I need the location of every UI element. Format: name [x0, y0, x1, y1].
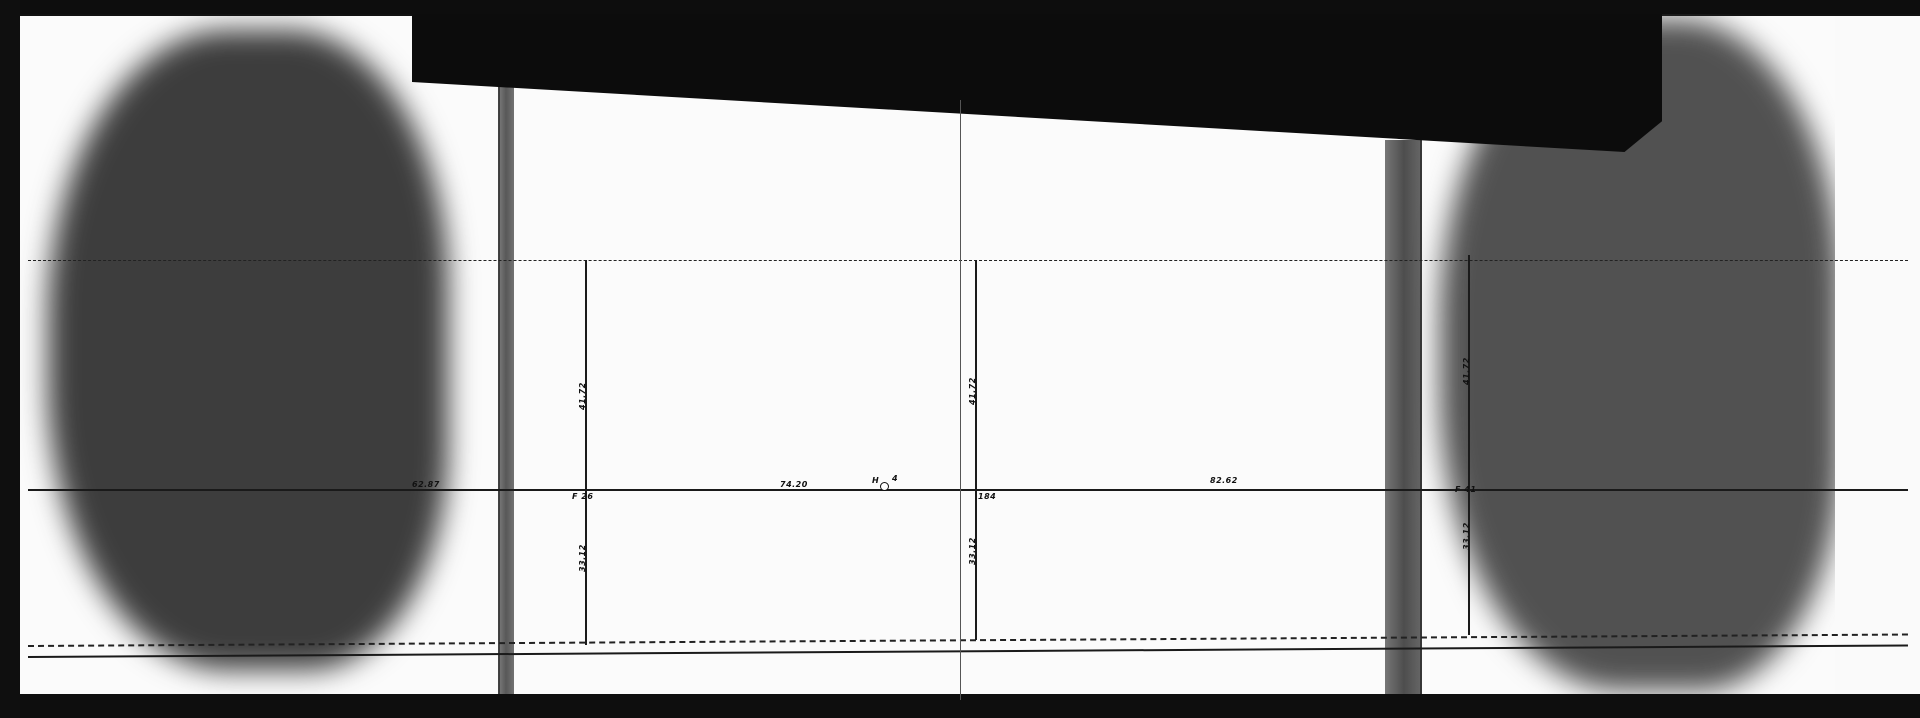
- right-lower-dimension: 33.12: [1462, 522, 1471, 550]
- monument-marker-label: H: [872, 476, 879, 485]
- monument-suffix-label: 4: [892, 474, 898, 483]
- left-edge: [0, 0, 20, 718]
- left-panel-stain: [48, 30, 448, 670]
- main-survey-line: [28, 489, 1908, 491]
- left-line-distance: 62.87: [412, 480, 440, 489]
- center-line-distance-right: 82.62: [1210, 476, 1238, 485]
- center-left-corner-label: F 26: [572, 492, 593, 501]
- right-upper-dimension: 41.72: [1462, 357, 1471, 385]
- center-mid-lower-dimension: 33.12: [968, 537, 977, 565]
- right-corner-label: F 41: [1455, 485, 1476, 494]
- lot-line-center-mid: [975, 260, 977, 640]
- fold-line-center: [960, 100, 961, 700]
- center-line-distance-left: 74.20: [780, 480, 808, 489]
- monument-circle-icon: [880, 482, 889, 491]
- center-mid-upper-dimension: 41.72: [968, 377, 977, 405]
- center-left-lower-dimension: 33.12: [578, 544, 587, 572]
- lot-line-center-left: [585, 260, 587, 645]
- lot-line-right: [1468, 255, 1470, 635]
- center-mid-corner-label: 184: [978, 492, 996, 501]
- top-boundary-line: [28, 260, 1908, 261]
- right-margin: [1835, 16, 1920, 696]
- center-right-fold: [1385, 140, 1423, 700]
- center-left-fold: [498, 60, 514, 700]
- top-edge: [0, 0, 1920, 14]
- center-left-upper-dimension: 41.72: [578, 382, 587, 410]
